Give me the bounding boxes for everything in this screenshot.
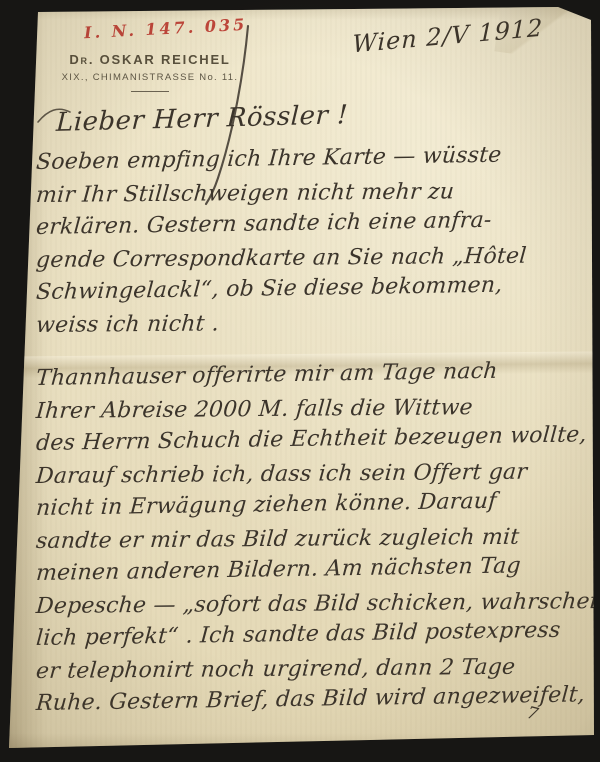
paper-edge-shading (0, 728, 600, 762)
letter-paragraph: Soeben empfing ich Ihre Karte — wüsstemi… (36, 147, 584, 342)
letter-paragraph: Thannhauser offerirte mir am Tage nachIh… (36, 363, 584, 721)
letterhead: Dr. OSKAR REICHEL XIX., CHIMANISTRASSE N… (46, 52, 254, 92)
letterhead-rule (131, 91, 169, 92)
photo-background: I. N. 147. 035 Dr. OSKAR REICHEL XIX., C… (0, 0, 600, 762)
letterhead-address: XIX., CHIMANISTRASSE No. 11. (46, 72, 254, 83)
letterhead-name: Dr. OSKAR REICHEL (46, 52, 254, 67)
salutation: Lieber Herr Rössler ! (55, 100, 348, 138)
handwritten-line: Soeben empfing ich Ihre Karte — wüsste (35, 138, 586, 179)
handwritten-line: Thannhauser offerirte mir am Tage nach (35, 354, 586, 395)
handwritten-line: weiss ich nicht . (35, 305, 586, 342)
letter-body: Soeben empfing ich Ihre Karte — wüsstemi… (36, 147, 584, 721)
letter-paper: I. N. 147. 035 Dr. OSKAR REICHEL XIX., C… (0, 0, 600, 762)
